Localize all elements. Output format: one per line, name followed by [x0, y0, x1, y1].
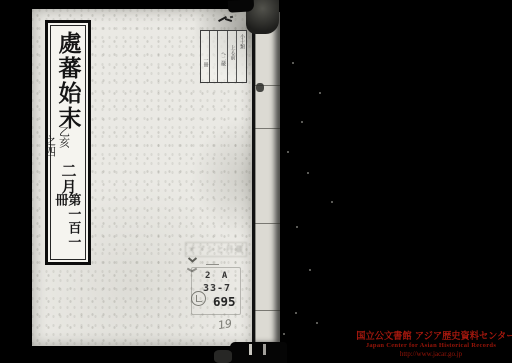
dust-speck: [295, 312, 297, 314]
pencil-mark: [206, 264, 219, 265]
stamp-column: 上る前: [228, 31, 237, 82]
scan-viewport: { "canvas": { "width": 512, "height": 36…: [0, 0, 512, 363]
era-date-left: 之四: [45, 135, 56, 157]
stamp-column: へ二蔵: [218, 31, 228, 82]
stamp-column-text: へ二蔵: [220, 51, 225, 66]
call-number-line2: 33-7: [203, 283, 231, 294]
era-date: 之四 乙亥: [45, 126, 92, 157]
title-slip: 處蕃始末 之四 乙亥 二月 第一百一冊: [45, 20, 91, 265]
dust-speck: [296, 226, 298, 228]
ink-blob-top: [228, 0, 255, 13]
stamp-column-text: 上る前: [230, 45, 235, 60]
volume-number: 第一百一冊: [53, 193, 79, 262]
dust-speck: [283, 333, 285, 335]
shadow-bottom: [214, 350, 232, 363]
jacar-watermark: 国立公文書館 アジア歴史資料センター Japan Center for Asia…: [354, 331, 508, 359]
era-date-right: 乙亥: [59, 126, 70, 157]
circular-seal: [191, 291, 206, 306]
faint-stamp-illegible: オアシと丹蔵: [185, 242, 247, 257]
dust-speck: [316, 322, 318, 324]
ink-scribble: [218, 15, 234, 25]
volume-title: 處蕃始末: [57, 31, 80, 131]
dust-speck: [319, 92, 321, 94]
pencil-mark: [191, 257, 197, 262]
classification-stamp-box: 一冊 へ二蔵 上る前 小十類: [200, 30, 247, 83]
binding-seam: [255, 310, 280, 311]
call-number-line1: 2 A: [205, 271, 230, 281]
ink-blob-bottom: [230, 342, 287, 363]
stamp-column-text: 一冊: [203, 57, 208, 67]
ink-smudge: [256, 83, 264, 92]
stamp-column: 小十類: [237, 31, 246, 82]
month-label: 二月: [61, 163, 76, 195]
jacar-url: http://www.jacar.go.jp: [354, 350, 508, 359]
dust-speck: [287, 151, 289, 153]
dust-speck: [292, 62, 294, 64]
dust-speck: [307, 172, 309, 174]
page-edge-strip: [255, 12, 280, 343]
stamp-column-text: 小十類: [239, 34, 244, 49]
dust-speck: [301, 121, 303, 123]
jacar-org-name-en: Japan Center for Asian Historical Record…: [354, 342, 508, 350]
call-number-line3: 695: [213, 294, 236, 309]
dust-speck: [331, 201, 333, 203]
binding-seam: [255, 128, 280, 129]
dust-speck: [309, 269, 311, 271]
jacar-org-name-jp: 国立公文書館 アジア歴史資料センター: [356, 331, 505, 342]
stamp-column-empty: [210, 31, 218, 82]
book-cover-scan: 處蕃始末 之四 乙亥 二月 第一百一冊 一冊 へ二蔵 上る前 小十類 オアシと丹…: [32, 9, 254, 346]
binding-seam: [255, 223, 280, 224]
pencil-note: 19: [217, 317, 233, 332]
stamp-column: 一冊: [201, 31, 210, 82]
